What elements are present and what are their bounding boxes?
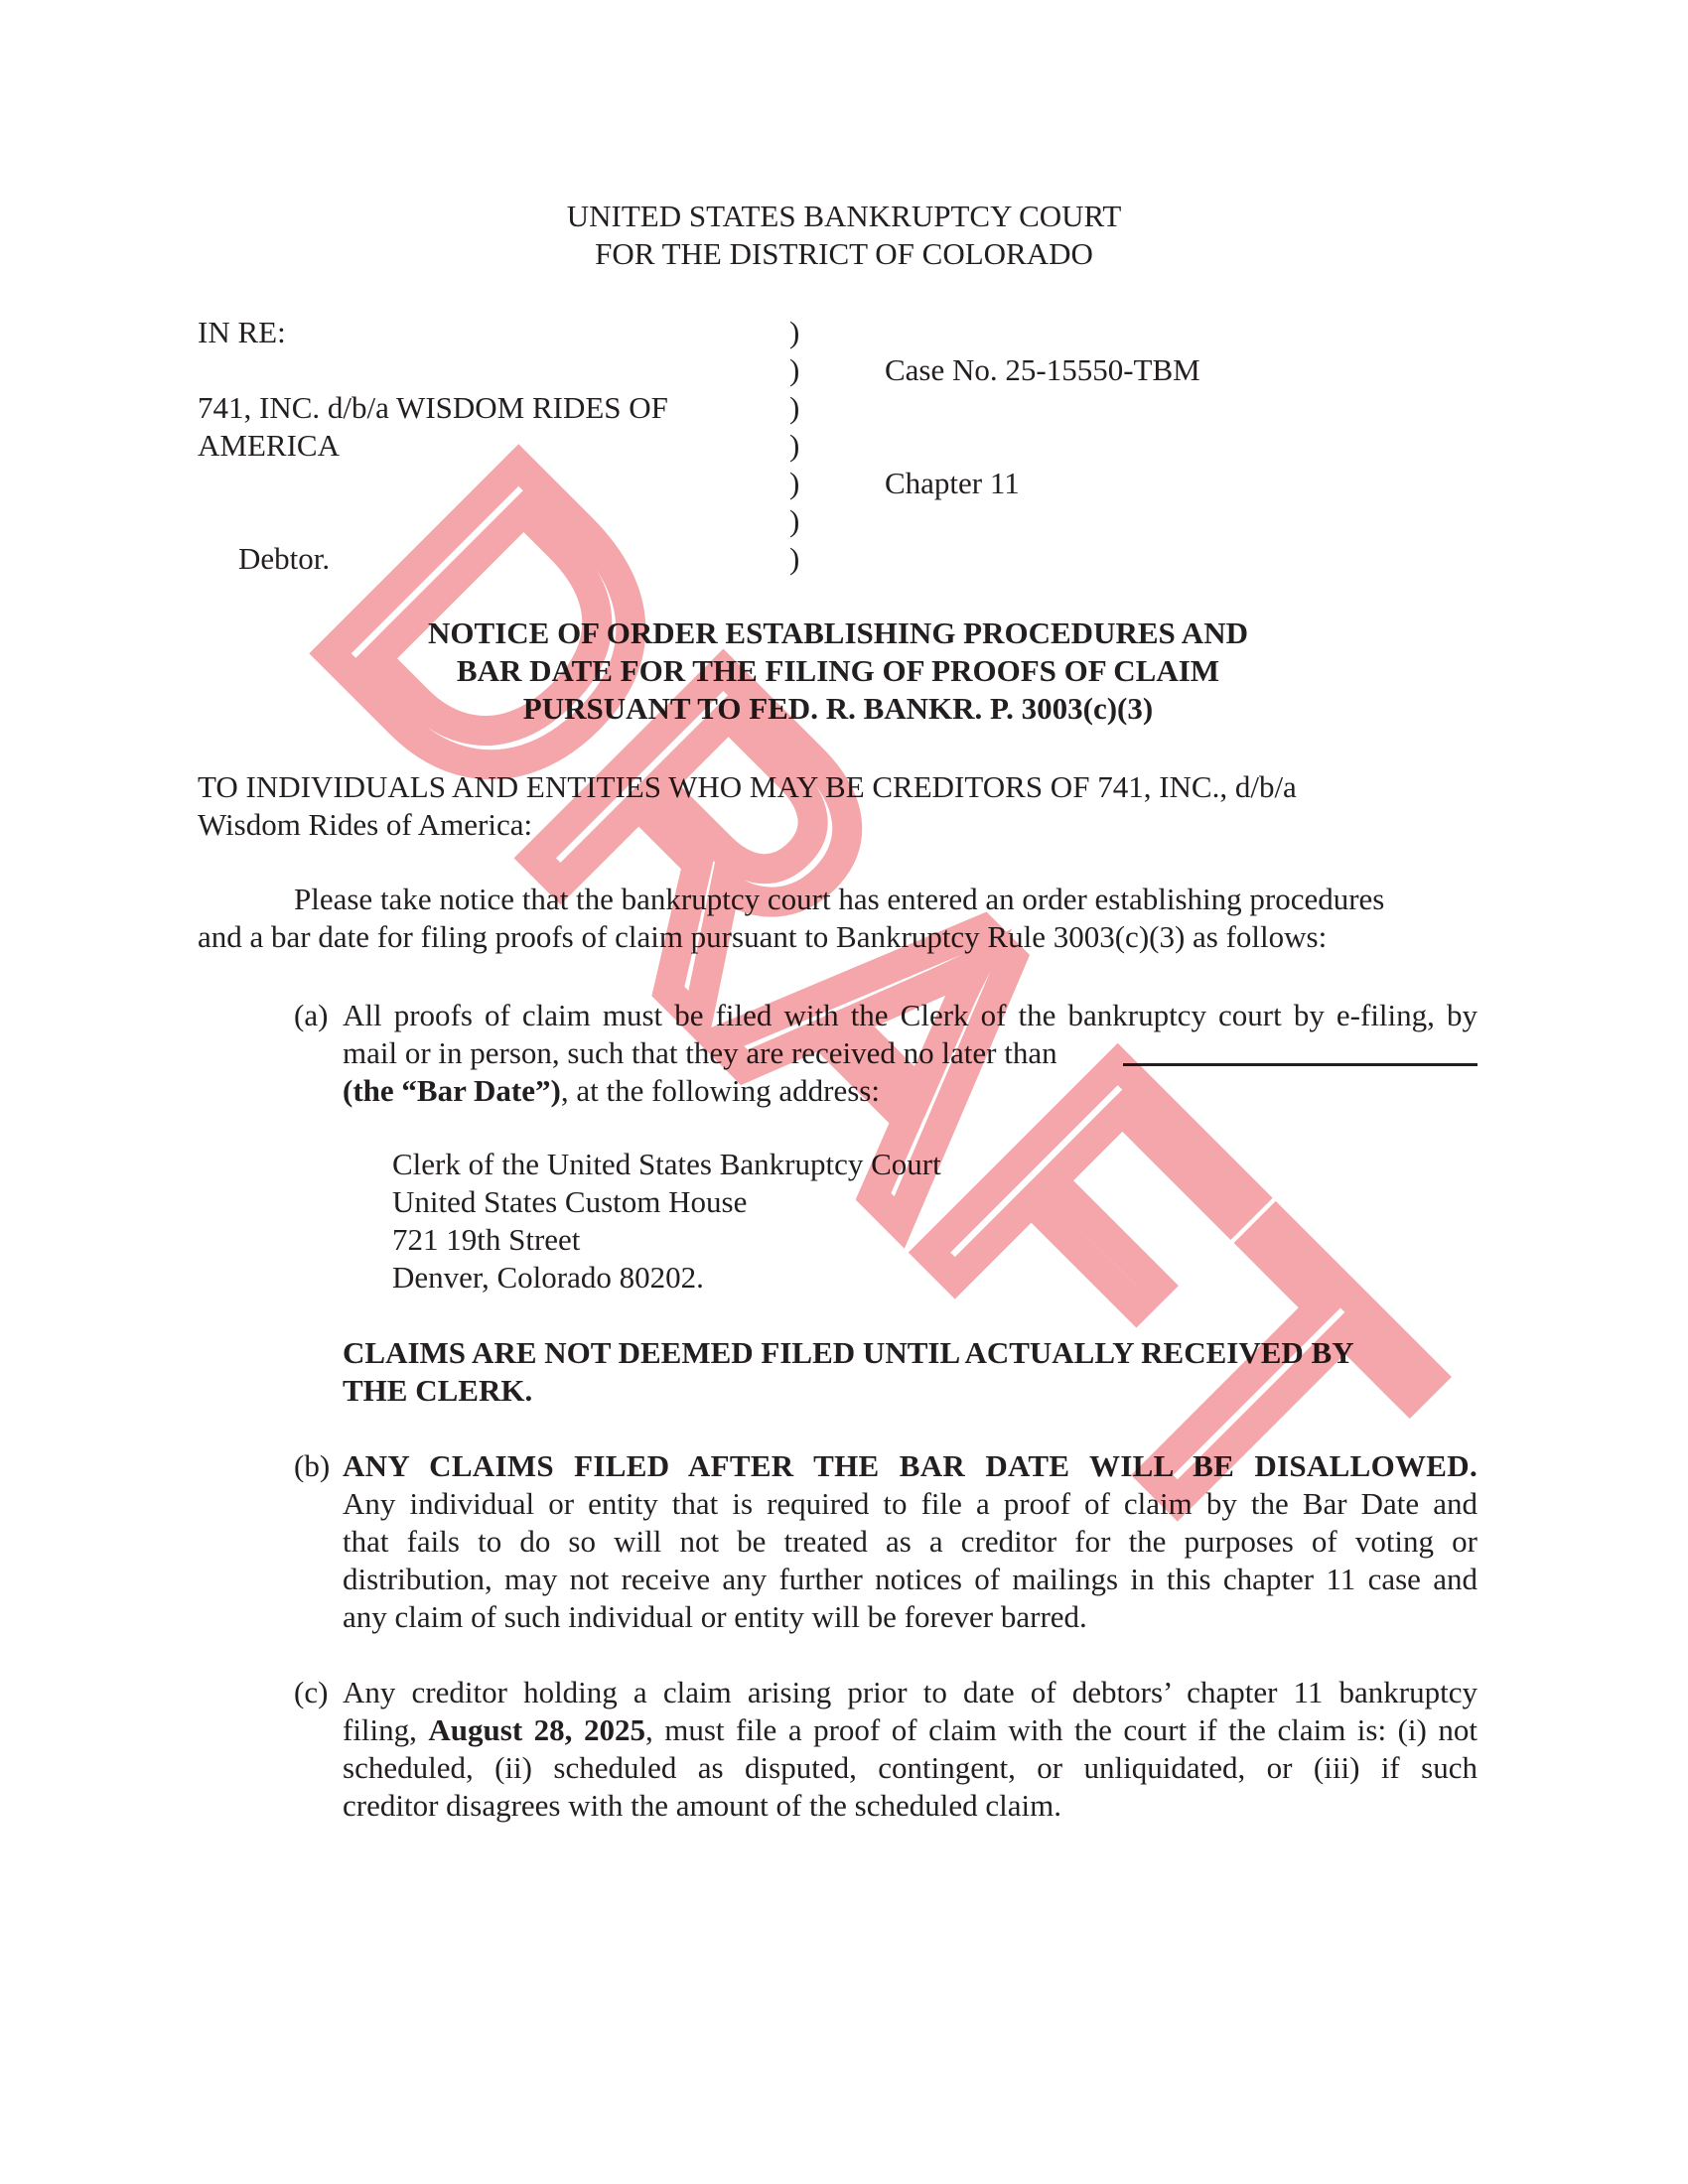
- notice-title-line3: PURSUANT TO FED. R. BANKR. P. 3003(c)(3): [0, 690, 1682, 728]
- intro-line1: Please take notice that the bankruptcy c…: [294, 881, 1384, 918]
- debtor-label: Debtor.: [238, 540, 330, 578]
- item-c-line1: Any creditor holding a claim arising pri…: [343, 1674, 1477, 1711]
- item-c-line3: scheduled, (ii) scheduled as disputed, c…: [343, 1749, 1477, 1787]
- item-c-marker: (c): [294, 1674, 328, 1711]
- caption-paren: ): [789, 351, 799, 389]
- item-b-marker: (b): [294, 1447, 330, 1485]
- caption-paren: ): [789, 314, 799, 351]
- debtor-name-line2: AMERICA: [198, 427, 340, 465]
- address-line: Clerk of the United States Bankruptcy Co…: [392, 1146, 941, 1183]
- item-a-line1: All proofs of claim must be filed with t…: [343, 997, 1477, 1034]
- chapter-number: Chapter 11: [885, 465, 1020, 502]
- address-line: Denver, Colorado 80202.: [392, 1259, 704, 1297]
- address-line: United States Custom House: [392, 1183, 747, 1221]
- item-a-line3-rest: , at the following address:: [561, 1073, 880, 1108]
- item-a-line2-text: mail or in person, such that they are re…: [343, 1035, 1057, 1070]
- addressee-line1: TO INDIVIDUALS AND ENTITIES WHO MAY BE C…: [198, 768, 1297, 806]
- warning-line1: CLAIMS ARE NOT DEEMED FILED UNTIL ACTUAL…: [343, 1334, 1354, 1372]
- petition-date: August 28, 2025: [428, 1712, 645, 1747]
- in-re-label: IN RE:: [198, 314, 286, 351]
- item-a-line3: (the “Bar Date”), at the following addre…: [343, 1072, 880, 1110]
- item-c-line2-pre: filing,: [343, 1712, 428, 1747]
- item-b-line3: distribution, may not receive any furthe…: [343, 1561, 1477, 1598]
- notice-title-line1: NOTICE OF ORDER ESTABLISHING PROCEDURES …: [0, 614, 1682, 652]
- notice-title-line2: BAR DATE FOR THE FILING OF PROOFS OF CLA…: [0, 652, 1682, 690]
- caption-paren: ): [789, 465, 799, 502]
- caption-paren: ): [789, 427, 799, 465]
- item-a-marker: (a): [294, 997, 328, 1034]
- item-c-line2-post: , must file a proof of claim with the co…: [645, 1712, 1477, 1747]
- address-line: 721 19th Street: [392, 1221, 580, 1259]
- item-b-line1: Any individual or entity that is require…: [343, 1485, 1477, 1523]
- item-c-line2: filing, August 28, 2025, must file a pro…: [343, 1711, 1477, 1749]
- court-name: UNITED STATES BANKRUPTCY COURT: [0, 198, 1688, 235]
- item-b-heading: ANY CLAIMS FILED AFTER THE BAR DATE WILL…: [343, 1447, 1477, 1485]
- case-number: Case No. 25-15550-TBM: [885, 351, 1200, 389]
- bar-date-label: (the “Bar Date”): [343, 1073, 561, 1108]
- caption-paren: ): [789, 502, 799, 540]
- item-b-line4: any claim of such individual or entity w…: [343, 1598, 1087, 1636]
- caption-paren: ): [789, 389, 799, 427]
- court-district: FOR THE DISTRICT OF COLORADO: [0, 235, 1688, 273]
- item-b-line2: that fails to do so will not be treated …: [343, 1523, 1477, 1561]
- addressee-line2: Wisdom Rides of America:: [198, 806, 532, 844]
- warning-line2: THE CLERK.: [343, 1372, 532, 1410]
- caption-paren: ): [789, 540, 799, 578]
- item-c-line4: creditor disagrees with the amount of th…: [343, 1787, 1061, 1825]
- bar-date-blank: [1123, 1063, 1477, 1066]
- item-a-line2: mail or in person, such that they are re…: [343, 1034, 1057, 1072]
- intro-line2: and a bar date for filing proofs of clai…: [198, 918, 1327, 956]
- document-page: UNITED STATES BANKRUPTCY COURT FOR THE D…: [0, 0, 1688, 2184]
- debtor-name-line1: 741, INC. d/b/a WISDOM RIDES OF: [198, 389, 668, 427]
